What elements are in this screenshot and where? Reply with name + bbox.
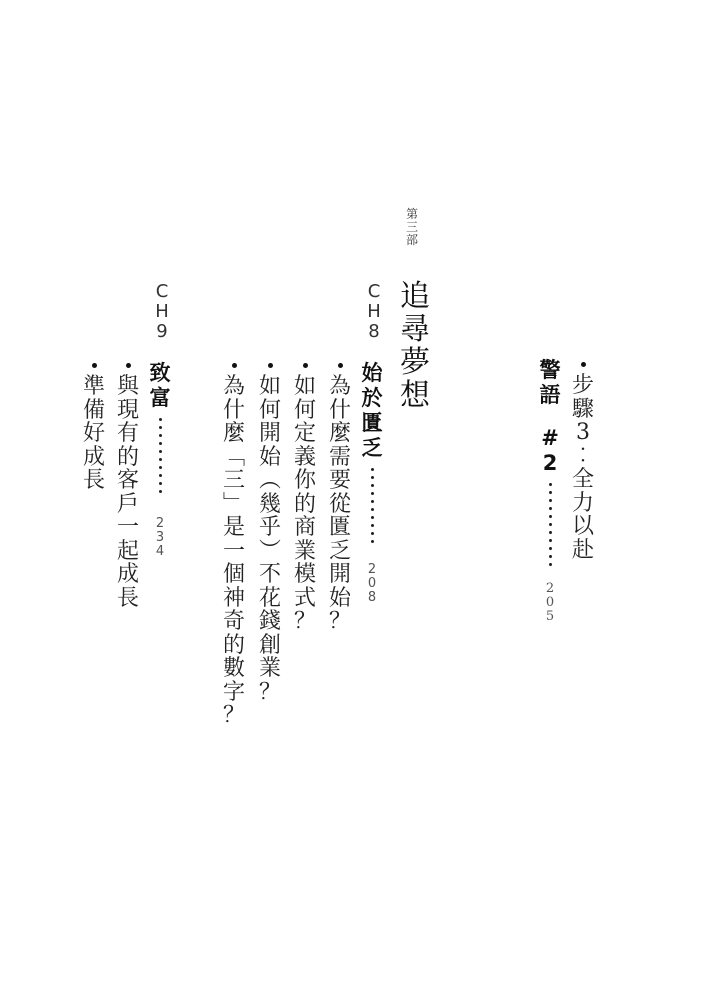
glyph: 字	[222, 682, 246, 706]
leader-dot	[159, 450, 162, 453]
warning-number: #2	[538, 428, 562, 478]
leader-dots	[549, 480, 552, 568]
leader-dot	[371, 468, 374, 471]
toc-item-ch8-4[interactable]: 為什麼﹁三﹂是一個神奇的數字？	[222, 363, 246, 729]
glyph: 什	[328, 400, 352, 424]
leader-dot	[159, 418, 162, 421]
part-label: 第三部	[405, 208, 419, 247]
glyph: ﹁	[222, 447, 246, 471]
glyph: 警	[538, 360, 562, 385]
bullet-icon	[92, 363, 97, 368]
leader-dot	[159, 458, 162, 461]
bullet-icon	[338, 363, 343, 368]
glyph: 的	[222, 635, 246, 659]
glyph: 想	[398, 381, 432, 414]
glyph: 始	[328, 588, 352, 612]
glyph: 於	[360, 388, 384, 413]
leader-dot	[159, 442, 162, 445]
glyph: ︶	[258, 541, 282, 565]
glyph: 定	[293, 423, 317, 447]
glyph: 部	[405, 234, 419, 247]
leader-dot	[371, 492, 374, 495]
bullet-icon	[232, 363, 237, 368]
glyph: 富	[148, 388, 172, 413]
bullet-icon	[303, 363, 308, 368]
toc-item-ch8-1[interactable]: 為什麼需要從匱乏開始？	[328, 363, 352, 635]
part-title: 追尋夢想	[398, 282, 432, 414]
glyph: 商	[293, 517, 317, 541]
leader-dots	[371, 465, 374, 545]
toc-item-ch8-2[interactable]: 如何定義你的商業模式？	[293, 363, 317, 635]
glyph: 是	[222, 517, 246, 541]
leader-dot	[159, 474, 162, 477]
toc-item-step3[interactable]: 步驟3︰全力以赴	[571, 362, 595, 563]
leader-dot	[371, 476, 374, 479]
glyph: 什	[222, 400, 246, 424]
glyph: 8	[364, 323, 384, 343]
glyph: 8	[365, 591, 379, 605]
glyph: 你	[293, 470, 317, 494]
glyph: 0	[543, 596, 557, 610]
glyph: 模	[293, 564, 317, 588]
glyph: ？	[222, 705, 246, 729]
bullet-icon	[126, 363, 131, 368]
glyph: 匱	[328, 517, 352, 541]
toc-warning-2[interactable]: 警語 #2 205	[538, 360, 562, 624]
leader-dot	[371, 484, 374, 487]
glyph: 9	[152, 323, 172, 343]
glyph: 尋	[398, 315, 432, 348]
leader-dot	[371, 508, 374, 511]
leader-dot	[549, 547, 552, 550]
glyph: 何	[293, 400, 317, 424]
glyph: 的	[116, 447, 140, 471]
glyph: 開	[328, 564, 352, 588]
glyph: 何	[258, 400, 282, 424]
glyph: H	[364, 303, 384, 323]
toc-item-ch9-2[interactable]: 準備好成長	[82, 363, 106, 494]
glyph: 乏	[328, 541, 352, 565]
glyph: 數	[222, 658, 246, 682]
glyph: 準	[82, 376, 106, 400]
leader-dot	[549, 483, 552, 486]
leader-dot	[549, 491, 552, 494]
glyph: 的	[293, 494, 317, 518]
toc-page: 步驟3︰全力以赴 警語 #2 205 第三部 追尋夢想 CH8 始於匱乏 208…	[0, 0, 711, 1000]
glyph: 備	[82, 400, 106, 424]
glyph: 為	[222, 376, 246, 400]
glyph: 業	[258, 658, 282, 682]
glyph: 以	[571, 516, 595, 540]
glyph: 全	[571, 469, 595, 493]
leader-dot	[159, 482, 162, 485]
glyph: ？	[328, 611, 352, 635]
glyph: 奇	[222, 611, 246, 635]
glyph: 錢	[258, 611, 282, 635]
chapter-9-label: CH9	[152, 283, 172, 343]
glyph: 力	[571, 493, 595, 517]
glyph: 義	[293, 447, 317, 471]
glyph: 5	[543, 610, 557, 624]
glyph: 致	[148, 363, 172, 388]
glyph: 如	[258, 376, 282, 400]
leader-dot	[549, 563, 552, 566]
leader-dot	[371, 532, 374, 535]
glyph: 2	[543, 582, 557, 596]
glyph: 成	[82, 447, 106, 471]
glyph: 成	[116, 564, 140, 588]
chapter-9-page-number: 234	[153, 517, 167, 559]
glyph: 開	[258, 423, 282, 447]
toc-item-ch9-1[interactable]: 與現有的客戶一起成長	[116, 363, 140, 611]
glyph: 業	[293, 541, 317, 565]
warning-title: 警語	[538, 360, 562, 410]
glyph: 有	[116, 423, 140, 447]
leader-dot	[159, 466, 162, 469]
glyph: ﹂	[222, 494, 246, 518]
leader-dot	[371, 500, 374, 503]
glyph: ？	[258, 682, 282, 706]
chapter-9-title: 致富	[148, 363, 172, 413]
bullet-icon	[581, 362, 586, 367]
glyph: 追	[398, 282, 432, 315]
leader-dot	[159, 490, 162, 493]
glyph: 始	[258, 447, 282, 471]
glyph: 0	[365, 577, 379, 591]
leader-dot	[159, 426, 162, 429]
glyph: 麼	[328, 423, 352, 447]
glyph: 好	[82, 423, 106, 447]
glyph: C	[152, 283, 172, 303]
glyph: ？	[293, 611, 317, 635]
glyph: 語	[538, 385, 562, 410]
glyph: 神	[222, 588, 246, 612]
leader-dots	[159, 415, 162, 495]
bullet-icon	[268, 363, 273, 368]
glyph: 乏	[360, 438, 384, 463]
chapter-8-page-number: 208	[365, 563, 379, 605]
glyph: 赴	[571, 540, 595, 564]
leader-dot	[159, 434, 162, 437]
leader-dot	[549, 499, 552, 502]
chapter-8-title: 始於匱乏	[360, 363, 384, 463]
glyph: 式	[293, 588, 317, 612]
chapter-8-label: CH8	[364, 283, 384, 343]
glyph: 2	[538, 453, 562, 478]
glyph: 從	[328, 494, 352, 518]
glyph: 驟	[571, 399, 595, 423]
leader-dot	[549, 555, 552, 558]
glyph: 客	[116, 470, 140, 494]
glyph: 不	[258, 564, 282, 588]
glyph: 創	[258, 635, 282, 659]
glyph: 麼	[222, 423, 246, 447]
chapter-9-title-entry[interactable]: 致富 234	[148, 363, 172, 559]
glyph: ︵	[258, 470, 282, 494]
glyph: 匱	[360, 413, 384, 438]
glyph: 需	[328, 447, 352, 471]
glyph: 如	[293, 376, 317, 400]
toc-item-ch8-3[interactable]: 如何開始︵幾乎︶不花錢創業？	[258, 363, 282, 705]
glyph: 3	[571, 422, 595, 446]
glyph: ︰	[571, 446, 595, 470]
glyph: 一	[116, 517, 140, 541]
glyph: 與	[116, 376, 140, 400]
glyph: 夢	[398, 348, 432, 381]
glyph: 花	[258, 588, 282, 612]
leader-dot	[371, 524, 374, 527]
glyph: 乎	[258, 517, 282, 541]
glyph: 現	[116, 400, 140, 424]
glyph: 4	[153, 545, 167, 559]
glyph: 2	[365, 563, 379, 577]
leader-dot	[371, 516, 374, 519]
glyph: C	[364, 283, 384, 303]
leader-dot	[549, 523, 552, 526]
glyph: 3	[153, 531, 167, 545]
leader-dot	[549, 515, 552, 518]
leader-dot	[549, 507, 552, 510]
glyph: 起	[116, 541, 140, 565]
glyph: 2	[153, 517, 167, 531]
leader-dot	[549, 531, 552, 534]
glyph: 長	[116, 588, 140, 612]
glyph: 步	[571, 375, 595, 399]
glyph: 要	[328, 470, 352, 494]
glyph: 長	[82, 470, 106, 494]
glyph: 一	[222, 541, 246, 565]
chapter-8-title-entry[interactable]: 始於匱乏 208	[360, 363, 384, 605]
glyph: 幾	[258, 494, 282, 518]
glyph: 始	[360, 363, 384, 388]
glyph: #	[538, 428, 562, 453]
glyph: 戶	[116, 494, 140, 518]
glyph: 個	[222, 564, 246, 588]
leader-dot	[371, 540, 374, 543]
leader-dot	[549, 539, 552, 542]
glyph: 為	[328, 376, 352, 400]
warning-page-number: 205	[543, 582, 557, 624]
glyph: 三	[222, 470, 246, 494]
glyph: H	[152, 303, 172, 323]
